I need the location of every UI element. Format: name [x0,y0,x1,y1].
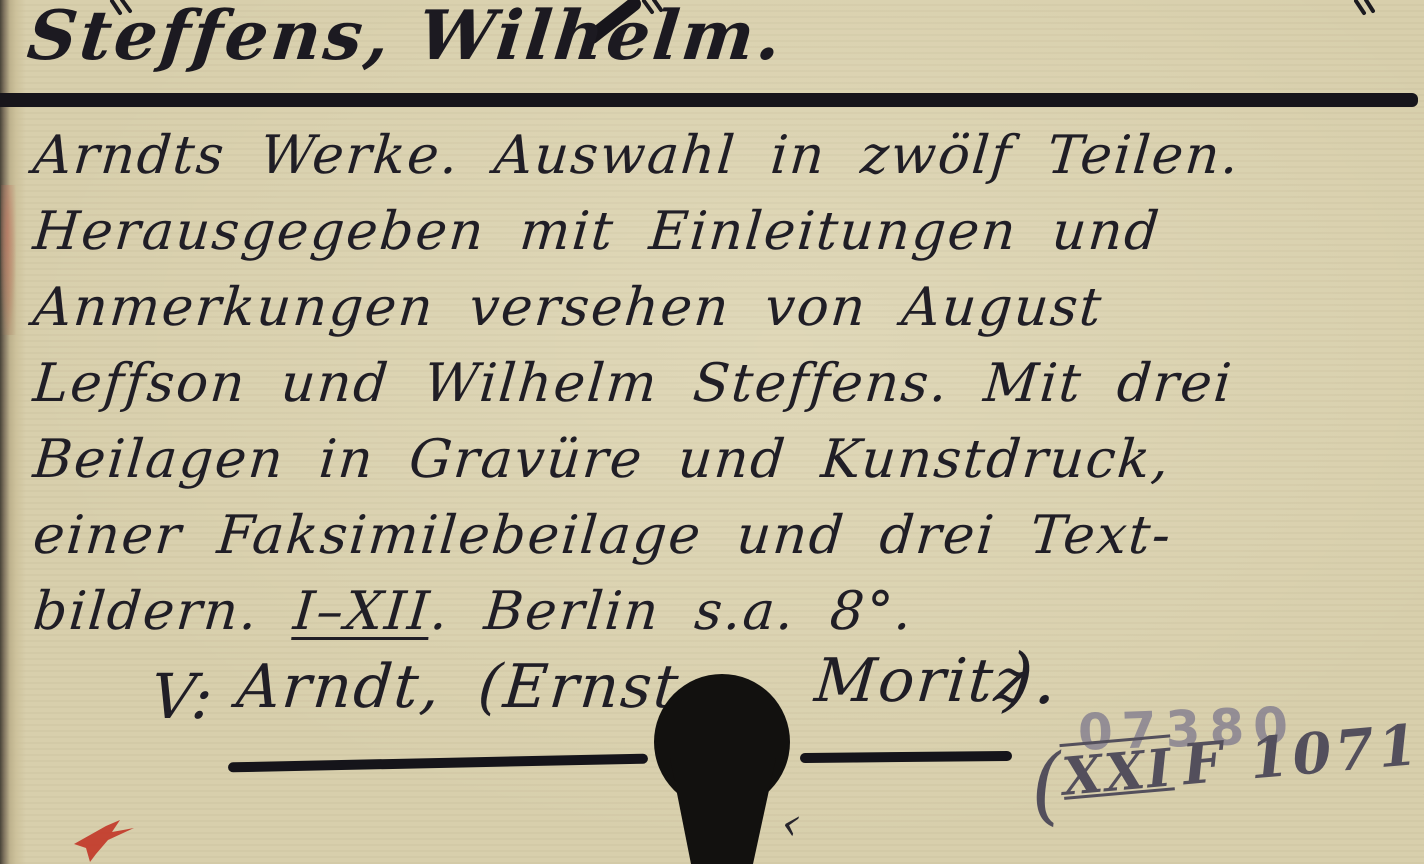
volume-range: I–XII [291,581,433,642]
shelfmark-number: F 1071 [1180,712,1424,799]
shelfmark-roman-class: XXI [1060,737,1176,807]
body-line: Beilagen in Gravüre und Kunstdruck, [30,422,1424,498]
red-ink-mark [62,810,172,864]
catalog-card: Steffens, Wilhelm. Arndts Werke. Auswahl… [0,0,1424,864]
paper-stain [1,185,17,335]
reference-suffix: ). [1002,638,1063,720]
body-line: einer Faksimilebeilage und drei Text- [30,498,1424,574]
heading-rule [0,93,1418,107]
last-line-pre: bildern. [31,581,297,642]
body-line: Anmerkungen versehen von August [30,270,1424,346]
body-line: Arndts Werke. Auswahl in zwölf Teilen. [30,118,1424,194]
bibliographic-entry: Arndts Werke. Auswahl in zwölf Teilen. H… [30,118,1424,650]
body-line-last: bildern. I–XII. Berlin s.a. 8°. [30,574,1424,650]
card-heading-author: Steffens, Wilhelm. [24,0,788,76]
body-line: Leffson und Wilhelm Steffens. Mit drei [30,346,1424,422]
last-line-post: . Berlin s.a. 8°. [428,581,916,642]
reference-prefix: V: [148,660,218,733]
body-line: Herausgegeben mit Einleitungen und [30,194,1424,270]
reference-name-right: Moritz [812,646,1031,716]
reference-name-left: Arndt, (Ernst [234,652,683,722]
